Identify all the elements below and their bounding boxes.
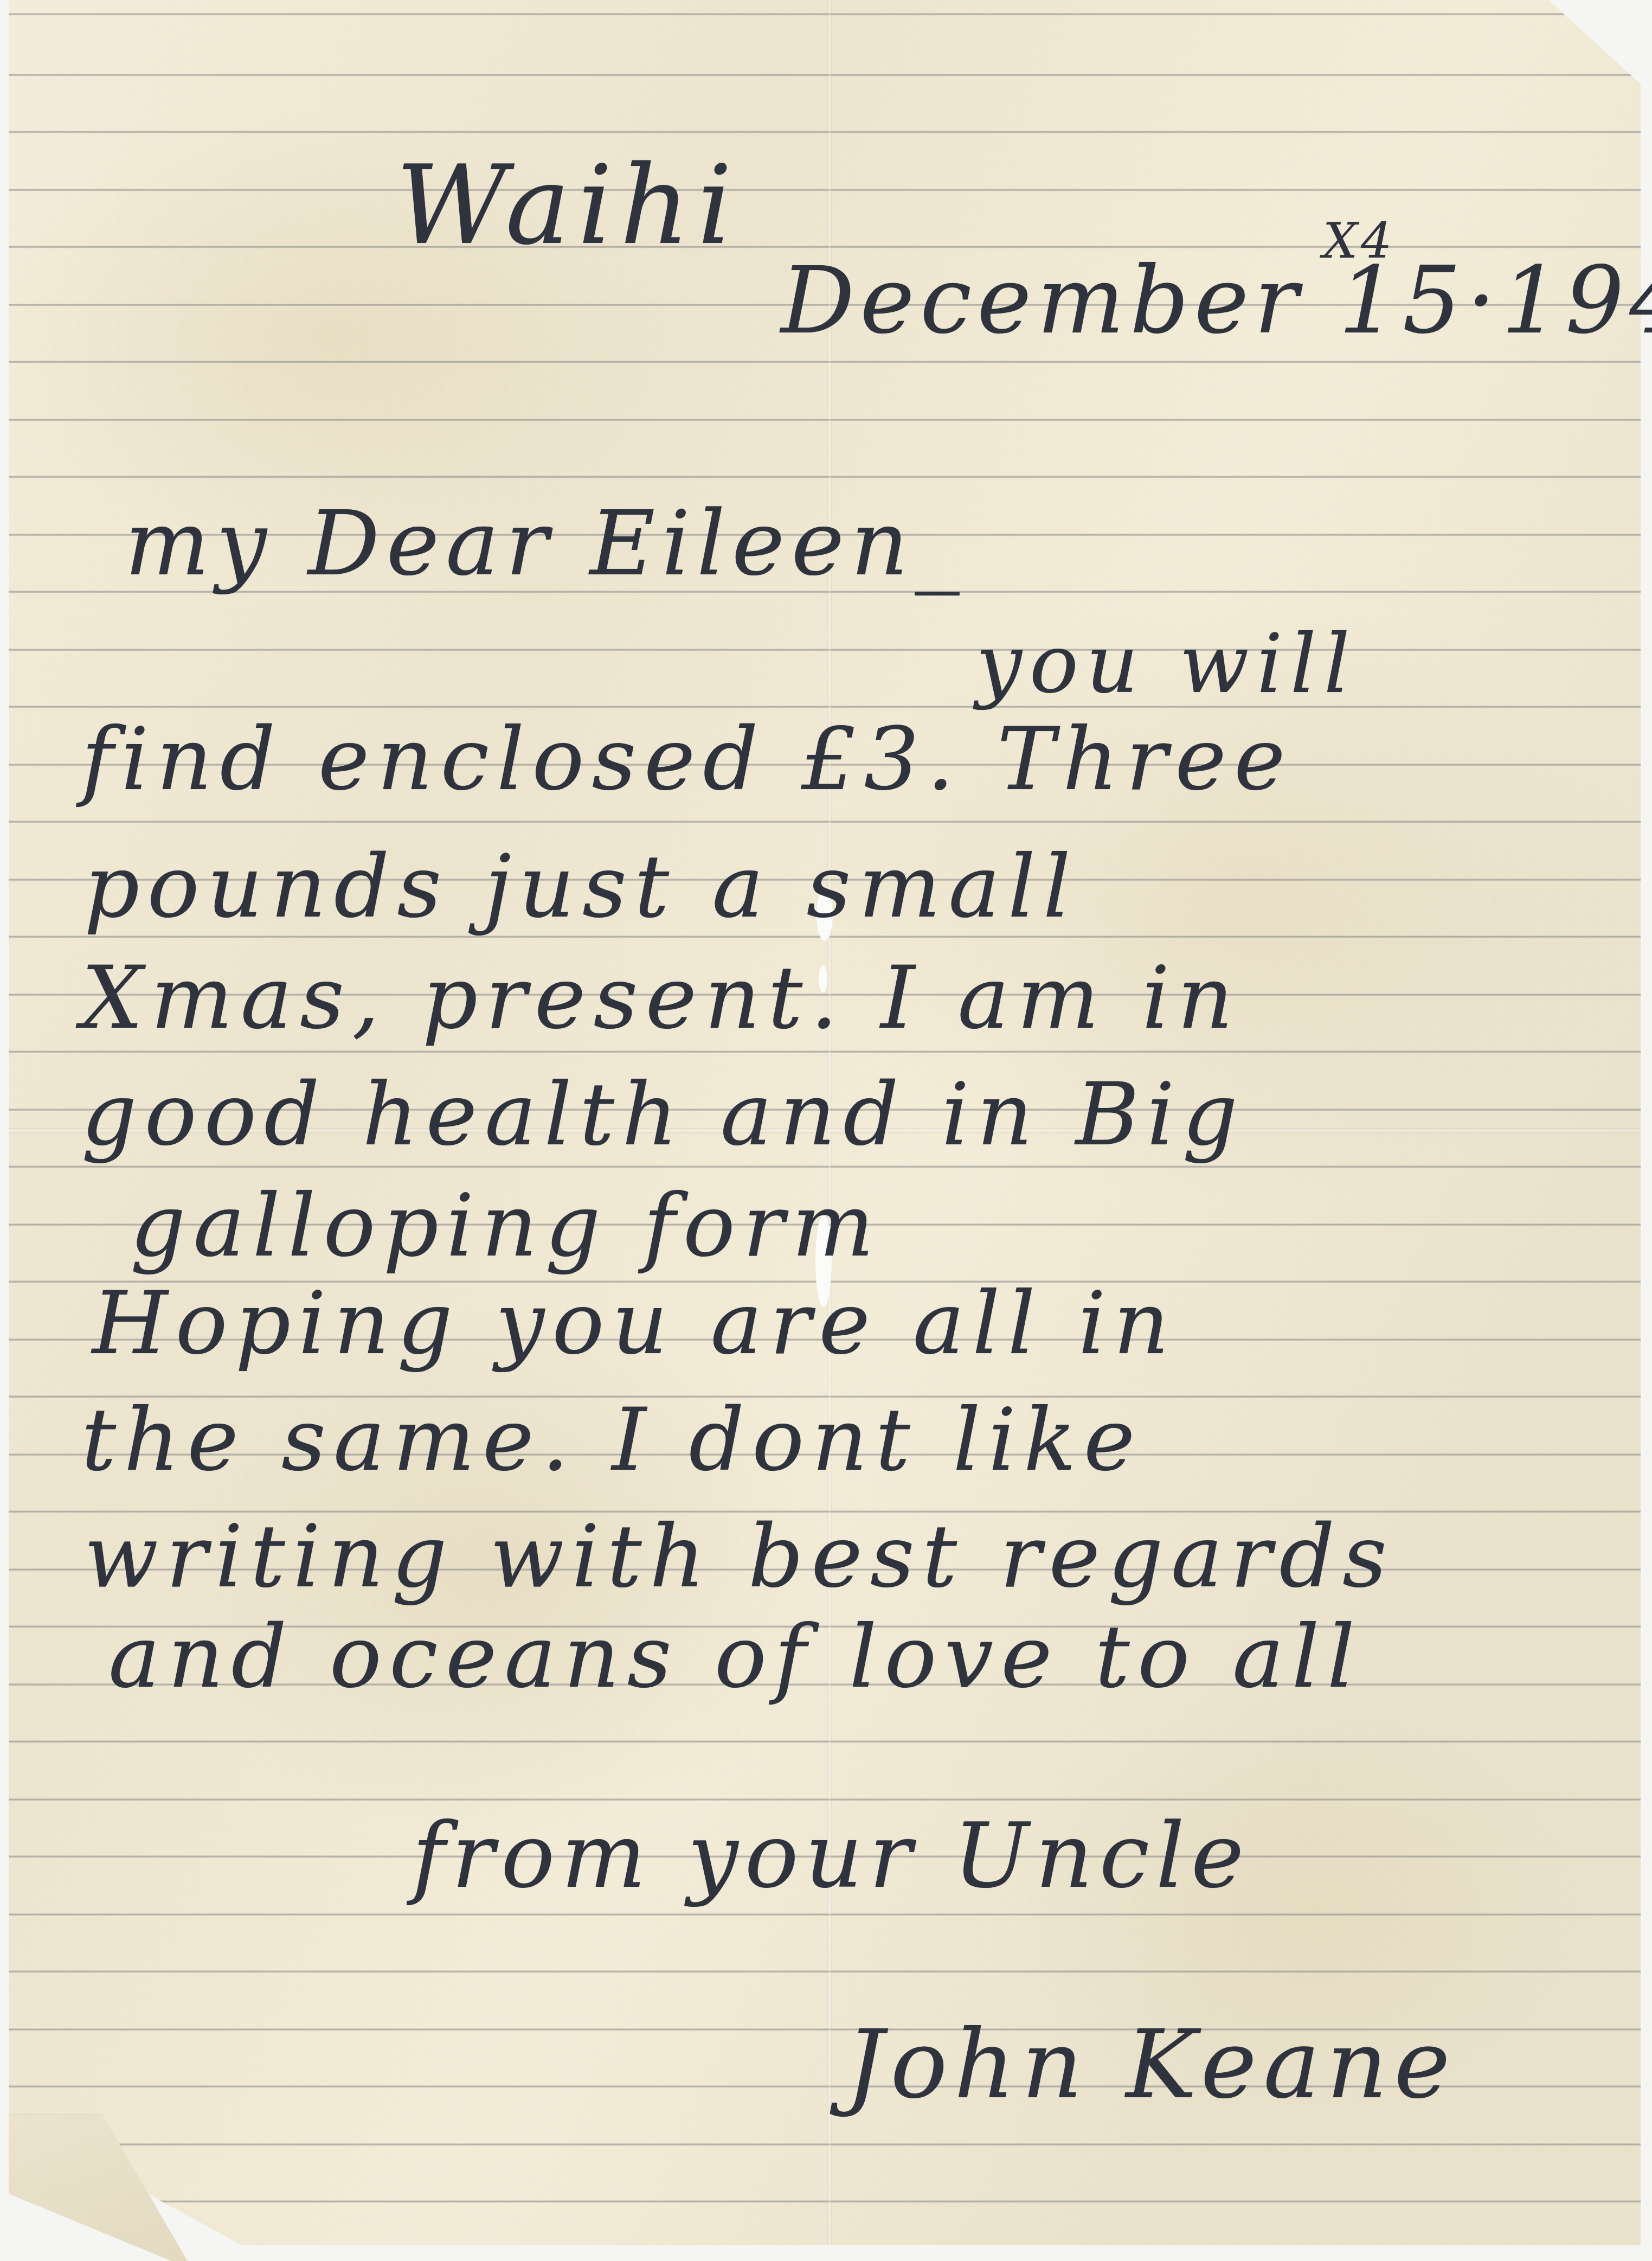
closing: from your Uncle xyxy=(412,1811,1251,1901)
body-line: pounds just a small xyxy=(84,843,1078,930)
body-line: you will xyxy=(976,624,1358,705)
letter-date: December 15·1946 xyxy=(781,255,1652,347)
body-line: galloping form xyxy=(130,1182,882,1269)
letter-place: Waihi xyxy=(396,152,740,260)
body-line: good health and in Big xyxy=(81,1071,1245,1158)
body-line: and oceans of love to all xyxy=(108,1613,1362,1700)
salutation: my Dear Eileen_ xyxy=(125,499,966,588)
body-line: find enclosed £3. Three xyxy=(81,716,1293,803)
signature: John Keane xyxy=(846,2017,1457,2112)
body-line: Hoping you are all in xyxy=(92,1280,1177,1367)
body-line: the same. I dont like xyxy=(81,1397,1143,1483)
body-line: Xmas, present. I am in xyxy=(81,955,1241,1041)
body-line: writing with best regards xyxy=(84,1513,1394,1600)
